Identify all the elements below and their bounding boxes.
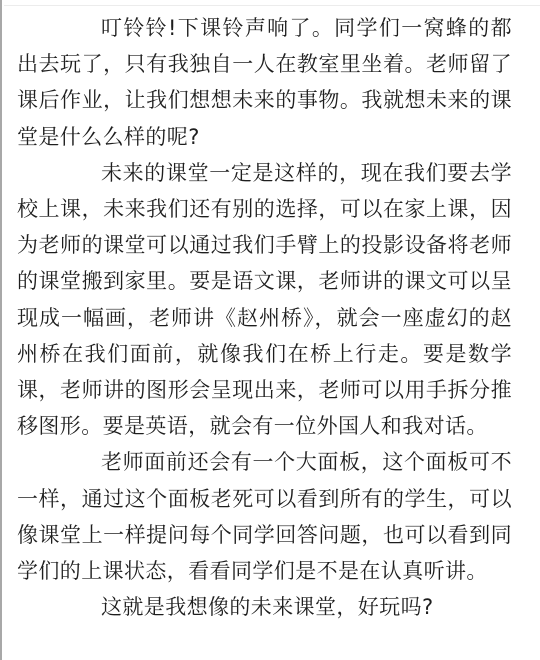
- top-divider: [4, 5, 540, 6]
- essay-body: 叮铃铃!下课铃声响了。同学们一窝蜂的都出去玩了，只有我独自一人在教室里坐着。老师…: [17, 10, 512, 625]
- paragraph-future-classroom: 未来的课堂一定是这样的，现在我们要去学校上课，未来我们还有别的选择，可以在家上课…: [17, 155, 512, 445]
- paragraph-big-panel: 老师面前还会有一个大面板，这个面板可不一样，通过这个面板老死可以看到所有的学生，…: [17, 444, 512, 589]
- document-page: 叮铃铃!下课铃声响了。同学们一窝蜂的都出去玩了，只有我独自一人在教室里坐着。老师…: [0, 0, 540, 660]
- paragraph-intro: 叮铃铃!下课铃声响了。同学们一窝蜂的都出去玩了，只有我独自一人在教室里坐着。老师…: [17, 10, 512, 155]
- paragraph-conclusion: 这就是我想像的未来课堂，好玩吗?: [17, 589, 512, 625]
